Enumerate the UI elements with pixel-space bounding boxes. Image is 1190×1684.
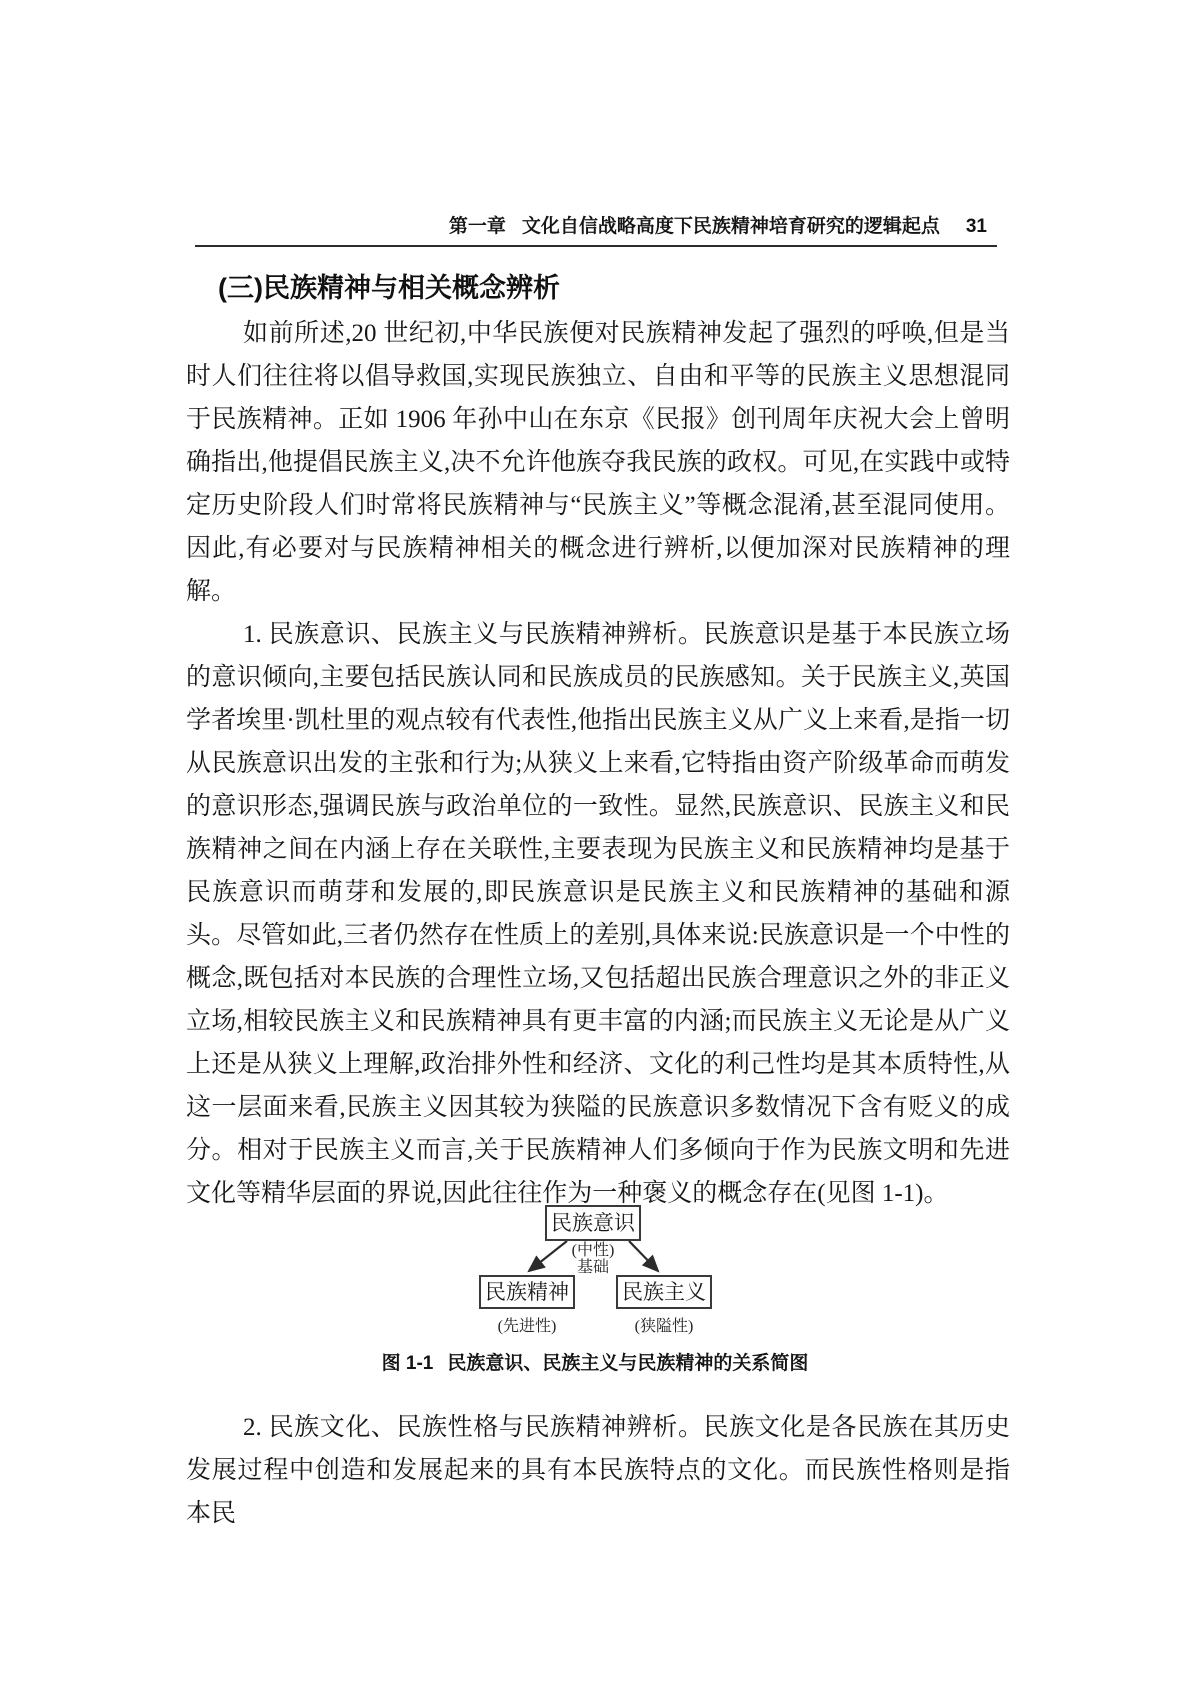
book-page: 第一章文化自信战略高度下民族精神培育研究的逻辑起点31 (三)民族精神与相关概念… bbox=[0, 0, 1190, 1684]
body-paragraph: 如前所述,20 世纪初,中华民族便对民族精神发起了强烈的呼唤,但是当时人们往往将… bbox=[186, 312, 1010, 613]
figure-note-narrow: (狭隘性) bbox=[606, 1318, 722, 1335]
figure-caption-label: 图 1-1 bbox=[382, 1353, 434, 1374]
section-heading: (三)民族精神与相关概念辨析 bbox=[218, 272, 560, 304]
figure-note-advanced: (先进性) bbox=[469, 1318, 585, 1335]
figure-1-1: 民族意识 (中性) 基础 民族精神 民族主义 (先进性) (狭隘性) 图 1-1… bbox=[0, 1197, 1190, 1407]
body-paragraph: 2. 民族文化、民族性格与民族精神辨析。民族文化是各民族在其历史发展过程中创造和… bbox=[186, 1406, 1010, 1535]
body-paragraph: 1. 民族意识、民族主义与民族精神辨析。民族意识是基于本民族立场的意识倾向,主要… bbox=[186, 613, 1010, 1215]
figure-caption: 图 1-1民族意识、民族主义与民族精神的关系简图 bbox=[0, 1352, 1190, 1376]
figure-note-foundation: 基础 bbox=[543, 1259, 643, 1276]
body-text-block: 如前所述,20 世纪初,中华民族便对民族精神发起了强烈的呼唤,但是当时人们往往将… bbox=[186, 312, 1010, 1215]
figure-note-neutral: (中性) bbox=[543, 1242, 643, 1259]
figure-caption-text: 民族意识、民族主义与民族精神的关系简图 bbox=[447, 1353, 808, 1374]
chapter-label: 第一章 bbox=[449, 216, 506, 237]
figure-node-nationalism: 民族主义 bbox=[616, 1275, 712, 1309]
body-text-block-after-figure: 2. 民族文化、民族性格与民族精神辨析。民族文化是各民族在其历史发展过程中创造和… bbox=[186, 1406, 1010, 1535]
running-header: 第一章文化自信战略高度下民族精神培育研究的逻辑起点31 bbox=[195, 216, 997, 247]
figure-node-national-consciousness: 民族意识 bbox=[545, 1205, 641, 1241]
page-number: 31 bbox=[966, 216, 987, 237]
chapter-title: 文化自信战略高度下民族精神培育研究的逻辑起点 bbox=[522, 216, 940, 237]
figure-node-national-spirit: 民族精神 bbox=[479, 1275, 575, 1309]
